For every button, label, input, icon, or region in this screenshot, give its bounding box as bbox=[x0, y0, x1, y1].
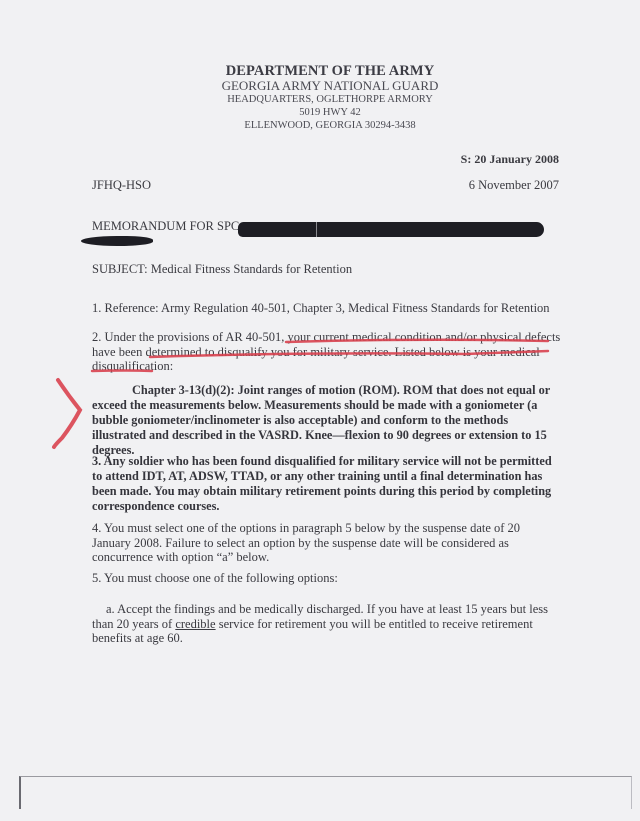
subject-line: SUBJECT: Medical Fitness Standards for R… bbox=[92, 262, 352, 277]
paragraph-2: 2. Under the provisions of AR 40-501, yo… bbox=[92, 330, 562, 374]
department-name: DEPARTMENT OF THE ARMY bbox=[0, 63, 640, 79]
memorandum-page: DEPARTMENT OF THE ARMY GEORGIA ARMY NATI… bbox=[0, 0, 640, 821]
redaction-blob bbox=[81, 236, 153, 246]
organization-name: GEORGIA ARMY NATIONAL GUARD bbox=[0, 79, 640, 93]
chapter-text: Chapter 3-13(d)(2): Joint ranges of moti… bbox=[92, 383, 550, 457]
memorandum-for: MEMORANDUM FOR SPC bbox=[92, 219, 239, 234]
redaction-bar bbox=[238, 222, 544, 237]
suspense-date: S: 20 January 2008 bbox=[461, 152, 559, 167]
memo-date: 6 November 2007 bbox=[469, 178, 559, 193]
office-symbol: JFHQ-HSO bbox=[92, 178, 151, 193]
letterhead: DEPARTMENT OF THE ARMY GEORGIA ARMY NATI… bbox=[0, 63, 640, 132]
street-address: 5019 HWY 42 bbox=[0, 106, 640, 119]
option-a: a. Accept the findings and be medically … bbox=[92, 602, 562, 646]
chevron-mark bbox=[54, 380, 80, 447]
disqualification-chapter: Chapter 3-13(d)(2): Joint ranges of moti… bbox=[92, 383, 562, 458]
paragraph-1: 1. Reference: Army Regulation 40-501, Ch… bbox=[92, 301, 562, 316]
headquarters-name: HEADQUARTERS, OGLETHORPE ARMORY bbox=[0, 93, 640, 106]
paragraph-4: 4. You must select one of the options in… bbox=[92, 521, 562, 565]
paragraph-3: 3. Any soldier who has been found disqua… bbox=[92, 454, 562, 514]
option-a-underlined: credible bbox=[175, 617, 215, 631]
city-address: ELLENWOOD, GEORGIA 30294-3438 bbox=[0, 119, 640, 132]
paragraph-5: 5. You must choose one of the following … bbox=[92, 571, 562, 586]
footer-border bbox=[19, 776, 632, 809]
